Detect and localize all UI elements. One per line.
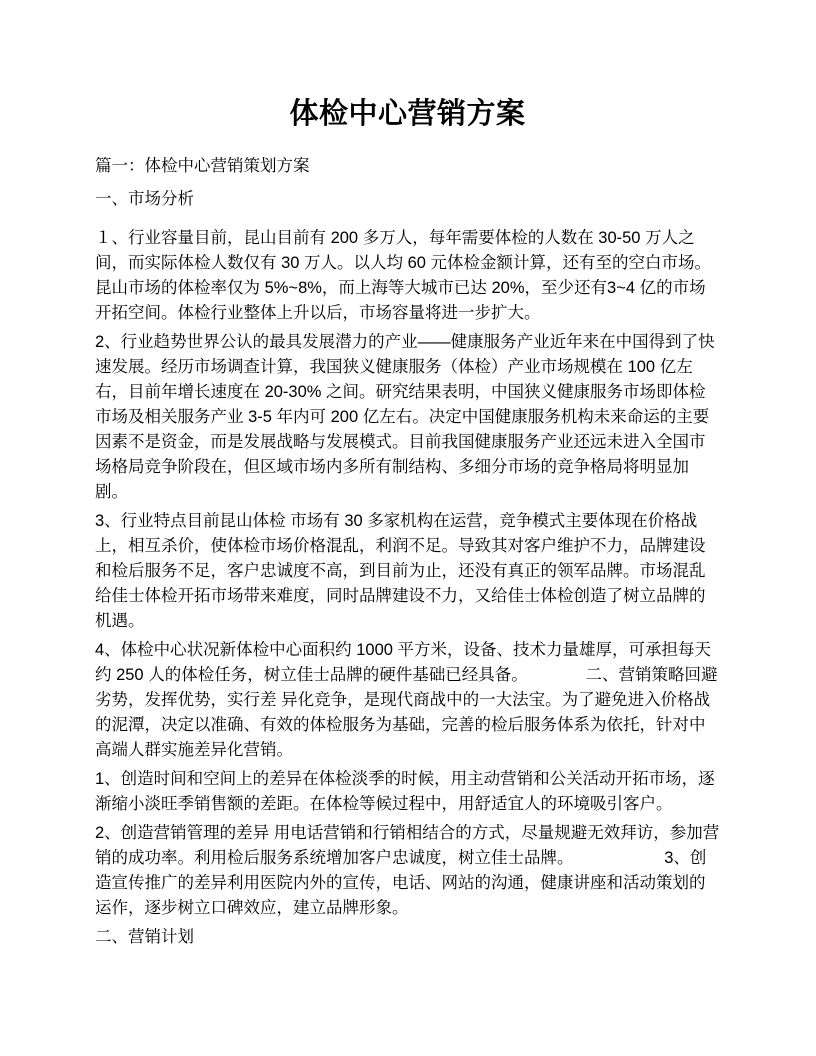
paragraph-section-marketing-plan: 二、营销计划 (95, 925, 720, 950)
paragraph-marketing-management-difference: 2、创造营销管理的差异 用电话营销和行销相结合的方式，尽量规避无效拜访，参加营销… (95, 821, 720, 921)
paragraph-part-one-heading: 篇一：体检中心营销策划方案 (95, 154, 720, 179)
paragraph-section-market-analysis: 一、市场分析 (95, 187, 720, 212)
paragraph-center-status-and-strategy: 4、体检中心状况新体检中心面积约 1000 平方米，设备、技术力量雄厚，可承担每… (95, 638, 720, 763)
paragraph-time-space-difference: 1、创造时间和空间上的差异在体检淡季的时候，用主动营销和公关活动开拓市场，逐渐缩… (95, 767, 720, 817)
document-title: 体检中心营销方案 (95, 96, 720, 132)
paragraph-industry-characteristics: 3、行业特点目前昆山体检 市场有 30 多家机构在运营，竞争模式主要体现在价格战… (95, 509, 720, 634)
paragraph-industry-trend: 2、行业趋势世界公认的最具发展潜力的产业——健康服务产业近年来在中国得到了快速发… (95, 330, 720, 505)
document-page: 体检中心营销方案 篇一：体检中心营销策划方案 一、市场分析 １、行业容量目前，昆… (0, 0, 816, 1056)
paragraph-industry-capacity: １、行业容量目前，昆山目前有 200 多万人，每年需要体检的人数在 30-50 … (95, 226, 720, 326)
